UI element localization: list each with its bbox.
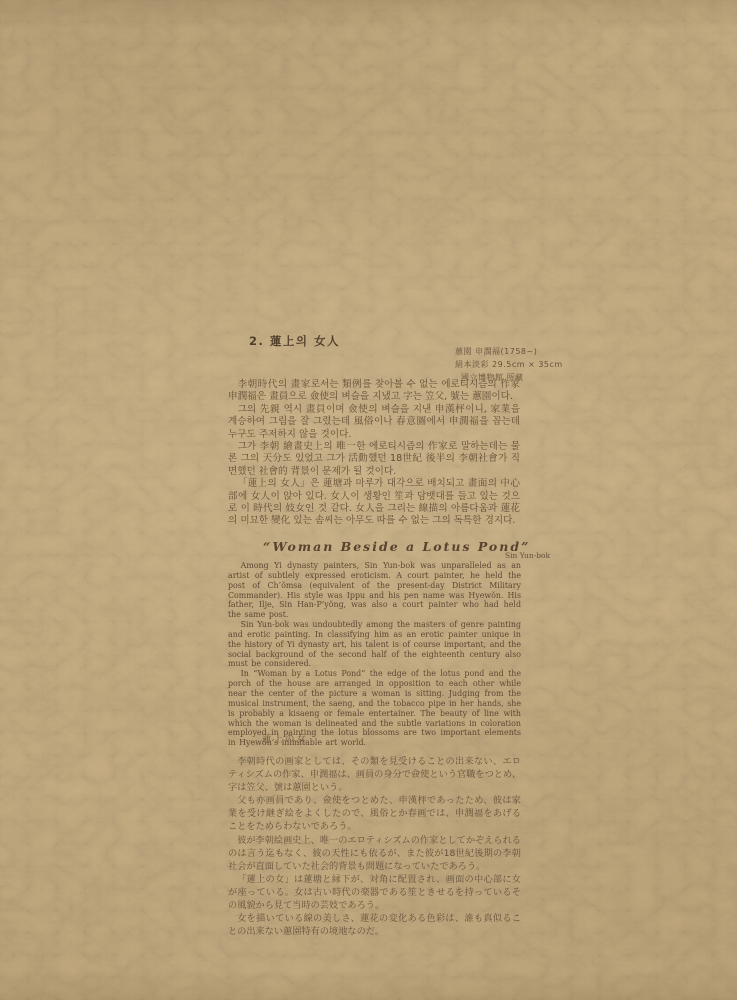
english-title: “Woman Beside a Lotus Pond” xyxy=(263,539,530,554)
entry-title: 2. 蓮上의 女人 xyxy=(249,333,340,349)
scanned-book-page: 2. 蓮上의 女人 蕙園 申潤福(1758~) 絹本淡彩 29.5cm × 35… xyxy=(0,0,737,1000)
japanese-heading: 蓮上の女 xyxy=(262,731,308,745)
english-commentary: Among Yi dynasty painters, Sin Yun-bok w… xyxy=(228,561,521,748)
korean-paragraph: 李朝時代의 畫家로서는 類例를 찾아볼 수 없는 에로티시즘의 作家 申潤福은 … xyxy=(228,379,520,404)
medium-dimensions-credit: 絹本淡彩 29.5cm × 35cm xyxy=(455,358,563,371)
japanese-paragraph: 父も亦画員であり、僉使をつとめた、申漢枰であったため、彼は家業を受け継ぎ絵をよく… xyxy=(228,794,521,833)
korean-paragraph: 그의 先親 역시 畫員이며 僉使의 벼슬을 지낸 申漢枰이니, 家業을 계승하여… xyxy=(228,404,520,441)
korean-commentary: 李朝時代의 畫家로서는 類例를 찾아볼 수 없는 에로티시즘의 作家 申潤福은 … xyxy=(228,379,520,528)
japanese-paragraph: 彼が李朝絵画史上、唯一のエロティシズムの作家としてかぞえられるのは言う迄もなく、… xyxy=(228,834,521,873)
korean-paragraph: 그가 李朝 繪畫史上의 唯一한 에로티시즘의 作家로 말하는데는 물론 그의 天… xyxy=(228,441,520,478)
english-paragraph: Sin Yun-bok was undoubtedly among the ma… xyxy=(228,620,521,669)
artist-credit: 蕙園 申潤福(1758~) xyxy=(455,345,563,358)
japanese-paragraph: 李朝時代の画家としては、その類を見受けることの出来ない、エロティシズムの作家、申… xyxy=(228,755,521,794)
japanese-paragraph: 女を描いている線の美しさ、蓮花の変化ある色彩は、誰も真似ることの出来ない蕙園特有… xyxy=(228,912,521,938)
japanese-commentary: 李朝時代の画家としては、その類を見受けることの出来ない、エロティシズムの作家、申… xyxy=(228,755,521,938)
korean-paragraph: 「蓮上의 女人」은 蓮塘과 마루가 대각으로 배치되고 畫面의 中心部에 女人이… xyxy=(228,478,520,528)
english-paragraph: Among Yi dynasty painters, Sin Yun-bok w… xyxy=(228,561,521,620)
english-byline: Sin Yun-bok xyxy=(505,551,550,560)
japanese-paragraph: 「蓮上の女」は蓮塘と縁下が、対角に配置され、画面の中心部に女が座っている。女は古… xyxy=(228,873,521,912)
